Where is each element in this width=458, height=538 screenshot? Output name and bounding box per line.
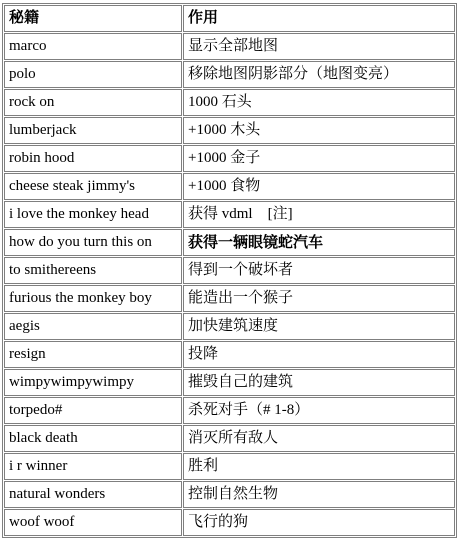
table-row: black death 消灭所有敌人 xyxy=(4,425,455,452)
cheat-code-cell: woof woof xyxy=(4,509,182,536)
page: 秘籍 作用 marco 显示全部地图 polo 移除地图阴影部分（地图变亮） r… xyxy=(0,0,458,500)
table-row: resign 投降 xyxy=(4,341,455,368)
table-row: aegis 加快建筑速度 xyxy=(4,313,455,340)
cheat-code-cell: cheese steak jimmy's xyxy=(4,173,182,200)
cheat-code-cell: polo xyxy=(4,61,182,88)
cheat-code-cell: natural wonders xyxy=(4,481,182,508)
table-row: i love the monkey head 获得 vdml [注] xyxy=(4,201,455,228)
effect-cell: 得到一个破坏者 xyxy=(183,257,455,284)
cheat-code-cell: marco xyxy=(4,33,182,60)
effect-cell: 1000 石头 xyxy=(183,89,455,116)
effect-cell: 加快建筑速度 xyxy=(183,313,455,340)
effect-cell: 胜利 xyxy=(183,453,455,480)
cheat-code-cell: wimpywimpywimpy xyxy=(4,369,182,396)
cheat-code-cell: aegis xyxy=(4,313,182,340)
cheat-code-cell: how do you turn this on xyxy=(4,229,182,256)
table-row: wimpywimpywimpy 摧毁自己的建筑 xyxy=(4,369,455,396)
header-cell-effect: 作用 xyxy=(183,5,455,32)
table-header-row: 秘籍 作用 xyxy=(4,5,455,32)
effect-cell: 飞行的狗 xyxy=(183,509,455,536)
effect-cell: +1000 食物 xyxy=(183,173,455,200)
cheat-code-cell: i love the monkey head xyxy=(4,201,182,228)
table-row: furious the monkey boy 能造出一个猴子 xyxy=(4,285,455,312)
table-row: natural wonders 控制自然生物 xyxy=(4,481,455,508)
table-row: polo 移除地图阴影部分（地图变亮） xyxy=(4,61,455,88)
effect-cell: +1000 木头 xyxy=(183,117,455,144)
cheat-code-cell: robin hood xyxy=(4,145,182,172)
effect-cell: 投降 xyxy=(183,341,455,368)
effect-cell: 杀死对手（# 1-8） xyxy=(183,397,455,424)
table-row: how do you turn this on 获得一辆眼镜蛇汽车 xyxy=(4,229,455,256)
effect-cell: 获得一辆眼镜蛇汽车 xyxy=(183,229,455,256)
table-row: to smithereens 得到一个破坏者 xyxy=(4,257,455,284)
cheat-code-cell: black death xyxy=(4,425,182,452)
cheat-code-cell: to smithereens xyxy=(4,257,182,284)
effect-cell: 显示全部地图 xyxy=(183,33,455,60)
cheat-code-cell: resign xyxy=(4,341,182,368)
cheat-code-cell: furious the monkey boy xyxy=(4,285,182,312)
table-row: robin hood +1000 金子 xyxy=(4,145,455,172)
table-row: torpedo# 杀死对手（# 1-8） xyxy=(4,397,455,424)
effect-cell: 控制自然生物 xyxy=(183,481,455,508)
cheat-code-cell: i r winner xyxy=(4,453,182,480)
cheat-code-cell: lumberjack xyxy=(4,117,182,144)
cheat-code-cell: torpedo# xyxy=(4,397,182,424)
table-row: rock on 1000 石头 xyxy=(4,89,455,116)
effect-cell: +1000 金子 xyxy=(183,145,455,172)
header-cell-code: 秘籍 xyxy=(4,5,182,32)
table-row: cheese steak jimmy's +1000 食物 xyxy=(4,173,455,200)
effect-cell: 消灭所有敌人 xyxy=(183,425,455,452)
table-row: woof woof 飞行的狗 xyxy=(4,509,455,536)
table-row: marco 显示全部地图 xyxy=(4,33,455,60)
effect-cell: 移除地图阴影部分（地图变亮） xyxy=(183,61,455,88)
effect-cell: 能造出一个猴子 xyxy=(183,285,455,312)
table-row: i r winner 胜利 xyxy=(4,453,455,480)
effect-cell: 摧毁自己的建筑 xyxy=(183,369,455,396)
table-row: lumberjack +1000 木头 xyxy=(4,117,455,144)
cheat-code-cell: rock on xyxy=(4,89,182,116)
cheat-code-table: 秘籍 作用 marco 显示全部地图 polo 移除地图阴影部分（地图变亮） r… xyxy=(2,3,457,538)
effect-cell: 获得 vdml [注] xyxy=(183,201,455,228)
